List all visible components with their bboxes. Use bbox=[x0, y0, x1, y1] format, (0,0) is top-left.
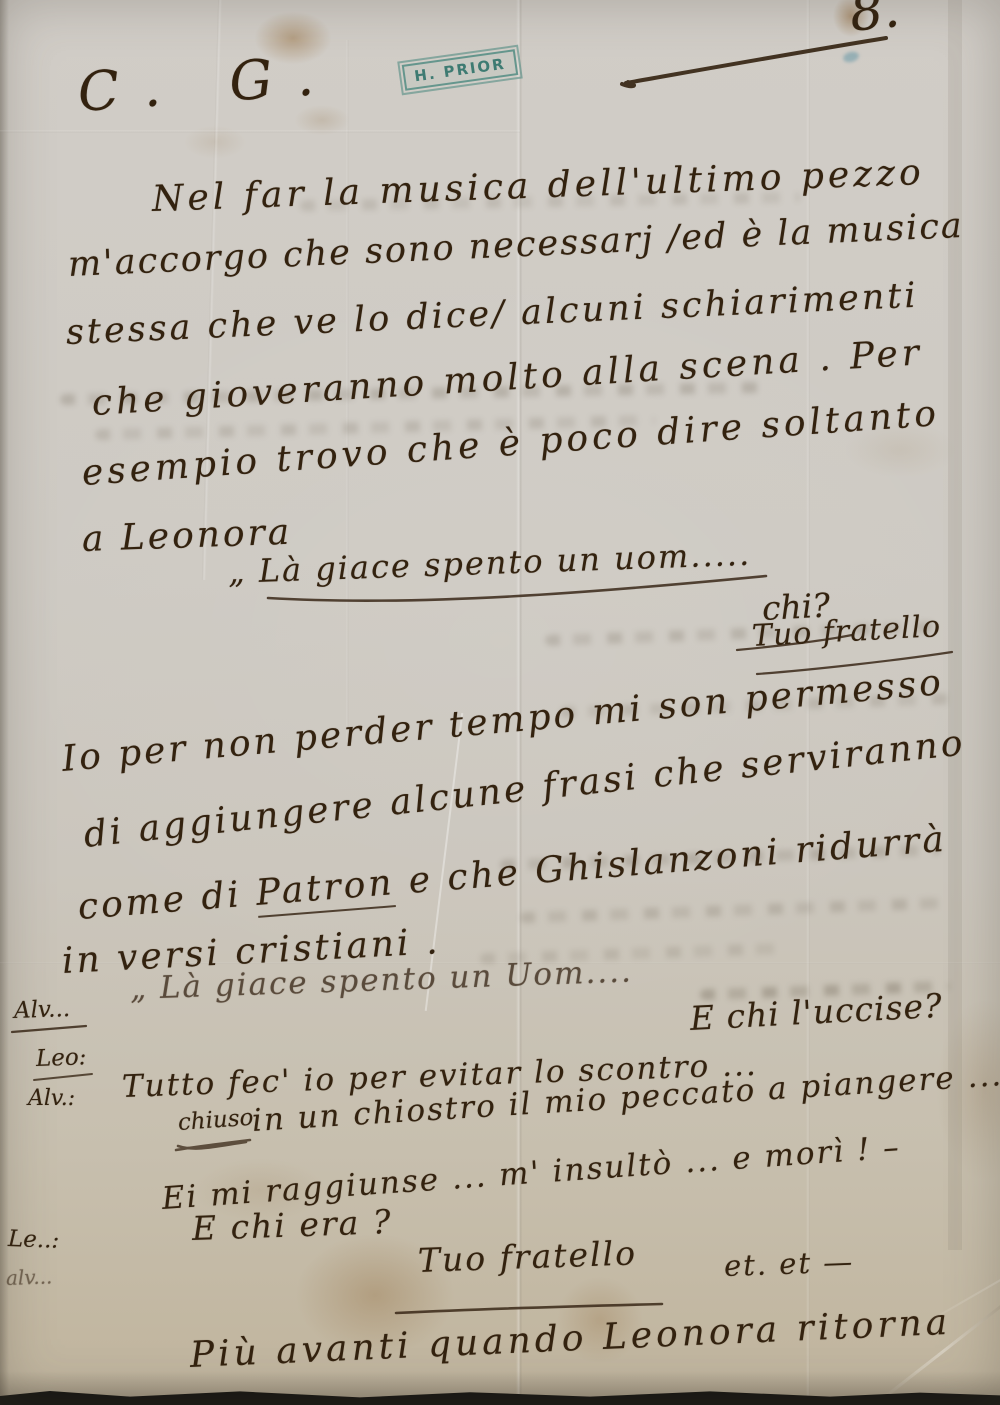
ink-smudge bbox=[842, 50, 860, 64]
speaker-label-leonora: Leo: bbox=[36, 1046, 87, 1071]
salutation: C. G. bbox=[76, 48, 341, 120]
leonora-label-underline bbox=[34, 1074, 92, 1080]
answer-etcetera: et. et — bbox=[723, 1247, 854, 1281]
line-fragment: e che Ghislanzoni ridurrà bbox=[393, 819, 949, 903]
speaker-label-alvaro: Alv.: bbox=[28, 1088, 75, 1110]
question-e-chi-era: E chi era ? bbox=[191, 1205, 393, 1245]
verse-quote: „ Là giace spento un uom..... bbox=[227, 538, 751, 588]
horizontal-crease-top bbox=[0, 130, 520, 133]
collector-stamp: H. PRIOR bbox=[402, 49, 518, 91]
alvaro-label-underline bbox=[12, 1026, 86, 1032]
letter-page: 8. H. PRIOR C. G. Nel far la musica dell… bbox=[0, 0, 1000, 1405]
handwritten-line: Nel far la musica dell'ultimo pezzo bbox=[151, 155, 925, 218]
inserted-word-chiuso: chiuso bbox=[177, 1107, 254, 1135]
answer-tuo-fratello: Tuo fratello bbox=[417, 1236, 637, 1277]
speaker-label-alvaro: alv... bbox=[6, 1266, 53, 1288]
bleedthrough-line bbox=[520, 898, 940, 924]
closing-note: Più avanti quando Leonora ritorna bbox=[189, 1305, 952, 1374]
struck-word-scribble bbox=[176, 1140, 250, 1150]
handwritten-line: m'accorgo che sono necessarj /ed è la mu… bbox=[67, 209, 964, 283]
paper-left-edge-shade bbox=[0, 0, 9, 1405]
section-rule bbox=[396, 1304, 662, 1313]
verse-answer: Tuo fratello bbox=[751, 612, 942, 652]
line-fragment: come di bbox=[76, 873, 257, 928]
underlined-word-patron: Patron bbox=[255, 862, 397, 918]
page-number: 8. bbox=[847, 0, 902, 40]
speaker-label-leonora: Le..: bbox=[8, 1228, 60, 1253]
speaker-label-alvaro: Alv... bbox=[14, 998, 71, 1023]
verse-raggiunse: Ei mi raggiunse ... m' insultò ... e mor… bbox=[161, 1132, 902, 1215]
